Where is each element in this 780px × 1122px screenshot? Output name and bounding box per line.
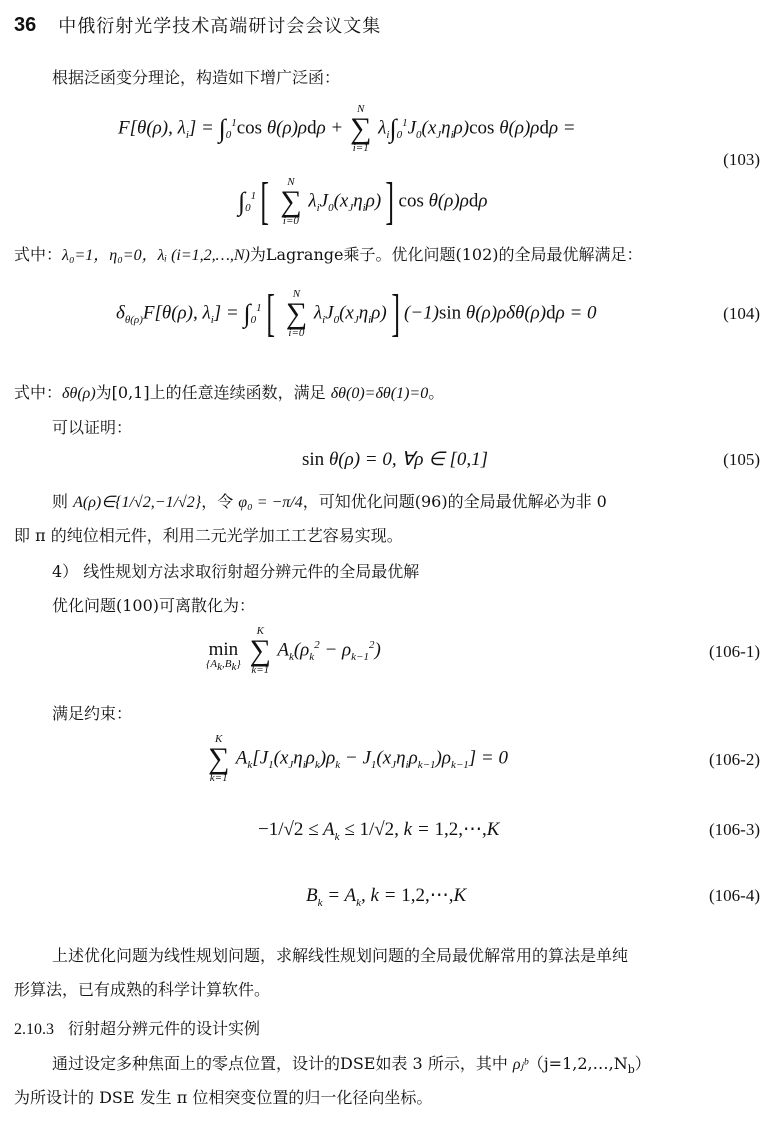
text-mid: 为[0,1]上的任意连续函数，满足 — [96, 383, 331, 402]
math-inline: δθ(0)=δθ(1)=0 — [331, 385, 429, 402]
section-heading: 2.10.3衍射超分辨元件的设计实例 — [14, 1016, 260, 1039]
equation-103-line2: ∫01[ N∑i=0 λiJ0(xJηiρ)]cos θ(ρ)ρdρ — [238, 176, 487, 228]
equation-number-104: (104) — [723, 304, 760, 324]
paragraph-lp-line2: 形算法，已有成熟的科学计算软件。 — [14, 980, 270, 1000]
equation-104: δθ(ρ)F[θ(ρ), λi] = ∫01[ N∑i=0 λiJ0(xJηiρ… — [116, 288, 597, 340]
paragraph-intro: 根据泛函变分理论，构造如下增广泛函： — [52, 68, 340, 88]
text-end: 。 — [428, 383, 444, 402]
equation-106-1: min{Ak,Bk} K∑k=1 Ak(ρk2 − ρk−12) — [204, 626, 381, 676]
equation-number-106-4: (106-4) — [709, 886, 760, 906]
paragraph-discretize: 优化问题(100)可离散化为： — [52, 596, 255, 616]
equation-106-2: K∑k=1 Ak[J1(xJηiρk)ρk − J1(xJηiρk−1)ρk−1… — [206, 734, 508, 784]
paragraph-conclusion-line1: 则 A(ρ)∈{1/√2,−1/√2}，令 φ₀ = −π/4，可知优化问题(9… — [52, 492, 607, 513]
text: （j=1,2,…,N — [528, 1054, 628, 1073]
section-title: 衍射超分辨元件的设计实例 — [68, 1019, 260, 1038]
equation-106-4: Bk = Ak, k = 1,2,⋯,K — [306, 884, 466, 909]
text: ，可知优化问题(96)的全局最优解必为非 0 — [303, 492, 607, 511]
paragraph-lp-line1: 上述优化问题为线性规划问题，求解线性规划问题的全局最优解常用的算法是单纯 — [52, 946, 628, 966]
text-prefix: 式中： — [14, 245, 62, 264]
equation-number-106-2: (106-2) — [709, 750, 760, 770]
page-number: 36 — [14, 14, 36, 37]
page-header: 36 中俄衍射光学技术高端研讨会会议文集 — [14, 10, 381, 40]
equation-number-106-3: (106-3) — [709, 820, 760, 840]
text-suffix: 为Lagrange乘子。优化问题(102)的全局最优解满足： — [250, 245, 643, 264]
equation-103-line1: F[θ(ρ), λi] = ∫01cos θ(ρ)ρdρ + N∑i=1 λi∫… — [118, 104, 576, 154]
subsection-heading-4: 4） 线性规划方法求取衍射超分辨元件的全局最优解 — [52, 562, 419, 582]
text-sub: b — [628, 1063, 635, 1076]
equation-105: sin θ(ρ) = 0, ∀ρ ∈ [0,1] — [302, 448, 488, 471]
paragraph-proof: 可以证明： — [52, 418, 132, 438]
paragraph-multipliers: 式中：λ₀=1，η₀=0，λᵢ (i=1,2,…,N)为Lagrange乘子。优… — [14, 245, 643, 266]
math-inline: ρⱼᵇ — [513, 1056, 528, 1073]
paragraph-constraints: 满足约束： — [52, 704, 132, 724]
text-prefix: 式中： — [14, 383, 62, 402]
paragraph-variation: 式中：δθ(ρ)为[0,1]上的任意连续函数，满足 δθ(0)=δθ(1)=0。 — [14, 383, 444, 404]
equation-number-103: (103) — [723, 150, 760, 170]
math-inline: δθ(ρ) — [62, 385, 96, 402]
math-inline: φ₀ = −π/4 — [238, 494, 302, 511]
text: 则 — [52, 492, 73, 511]
math-inline: A(ρ)∈{1/√2,−1/√2} — [73, 494, 201, 511]
text: ） — [635, 1054, 651, 1073]
paragraph-design-line1: 通过设定多种焦面上的零点位置，设计的DSE如表 3 所示，其中 ρⱼᵇ（j=1,… — [52, 1054, 651, 1080]
equation-number-105: (105) — [723, 450, 760, 470]
text: 通过设定多种焦面上的零点位置，设计的DSE如表 3 所示，其中 — [52, 1054, 513, 1073]
running-title: 中俄衍射光学技术高端研讨会会议文集 — [58, 12, 381, 38]
section-number: 2.10.3 — [14, 1021, 54, 1038]
paragraph-design-line2: 为所设计的 DSE 发生 π 位相突变位置的归一化径向坐标。 — [14, 1088, 432, 1108]
paragraph-conclusion-line2: 即 π 的纯位相元件，利用二元光学加工工艺容易实现。 — [14, 526, 403, 546]
math-inline: λ₀=1，η₀=0，λᵢ (i=1,2,…,N) — [62, 247, 250, 264]
equation-number-106-1: (106-1) — [709, 642, 760, 662]
equation-106-3: −1/√2 ≤ Ak ≤ 1/√2, k = 1,2,⋯,K — [258, 818, 499, 843]
text: ，令 — [201, 492, 238, 511]
